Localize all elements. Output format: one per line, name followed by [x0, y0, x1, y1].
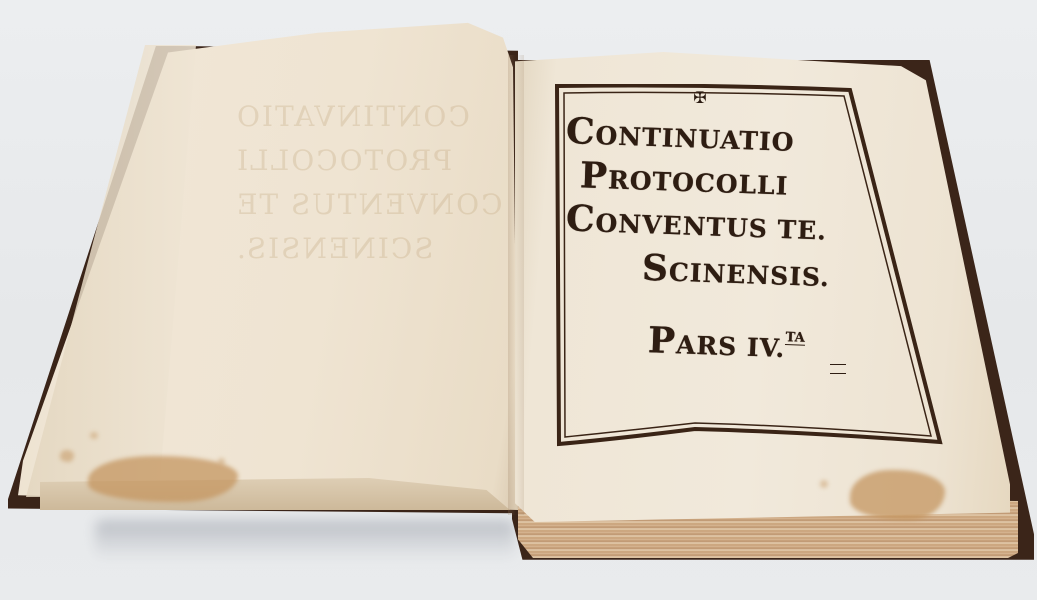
part-number: PARS IV.TA [647, 319, 805, 366]
book-gutter [508, 55, 524, 515]
stain-spot [60, 450, 74, 462]
part-superscript: TA [785, 332, 805, 346]
bleed-line: SCINENSIS. [235, 227, 505, 271]
title-line-4: SCINENSIS. [641, 247, 830, 296]
title-line-1: CONTINUATIO [565, 110, 795, 160]
left-page-bleed-through-text: CONTINVATIO PROTOCOLLI CONVENTUS TE SCIN… [235, 95, 505, 271]
bleed-line: CONVENTUS TE [235, 183, 505, 227]
bleed-line: CONTINVATIO [235, 95, 505, 139]
stain-spot [90, 432, 98, 439]
cross-ornament-icon: ✠ [691, 90, 709, 106]
stain-spot [218, 458, 225, 465]
title-line-2: PROTOCOLLI [579, 154, 789, 203]
superscript-underline [830, 364, 846, 374]
stain-spot [820, 480, 828, 488]
photo-scene: CONTINVATIO PROTOCOLLI CONVENTUS TE SCIN… [0, 0, 1037, 600]
water-stain-left [88, 456, 238, 502]
bleed-line: PROTOCOLLI [235, 139, 505, 183]
water-stain-right [850, 470, 945, 520]
